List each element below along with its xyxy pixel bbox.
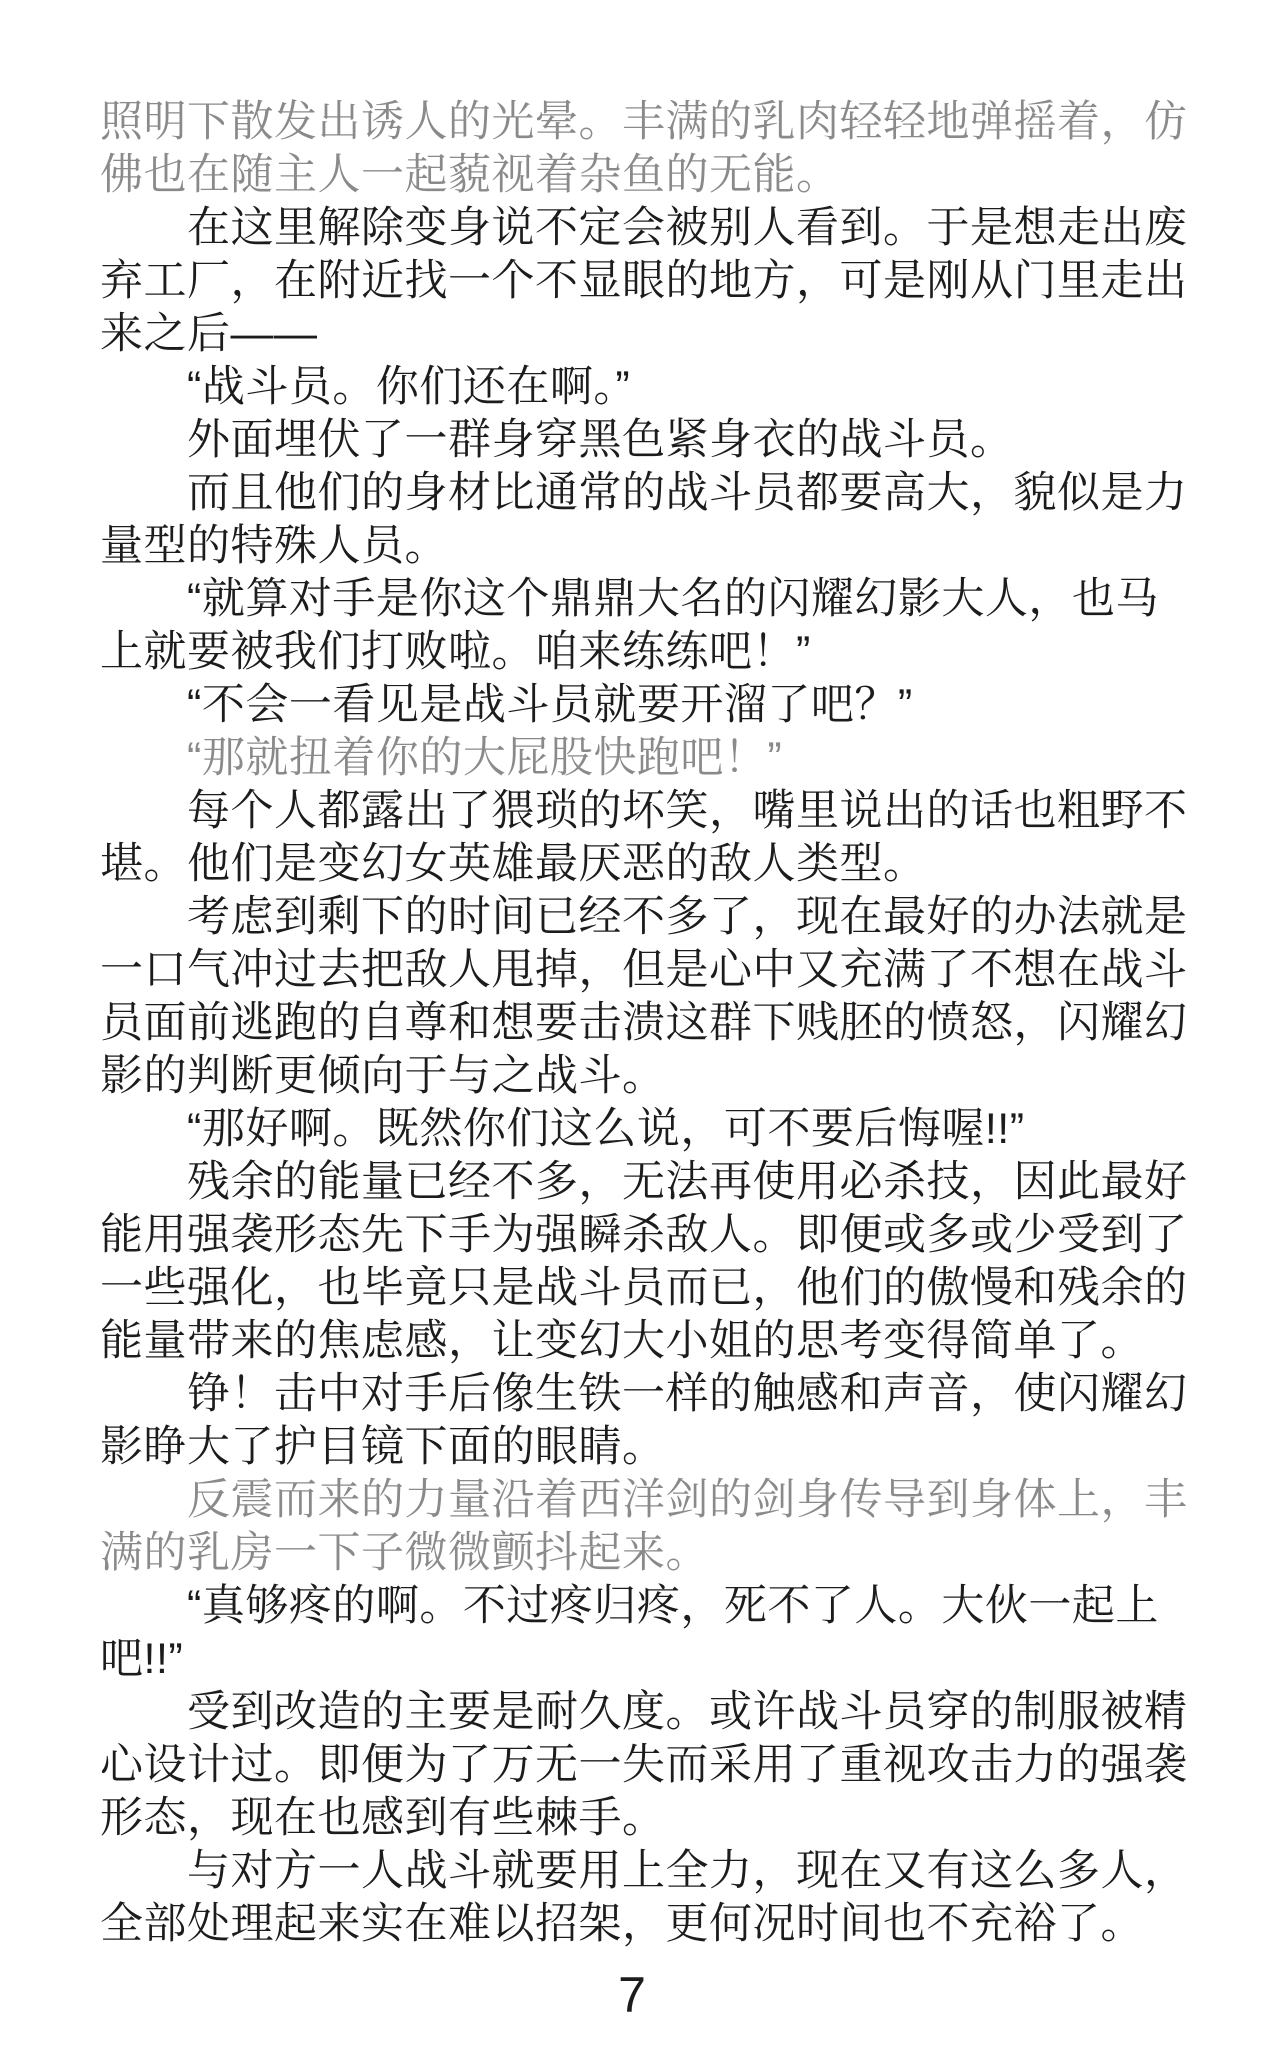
text-line: 员面前逃跑的自尊和想要击溃这群下贱胚的愤怒，闪耀幻 [100, 997, 1198, 1050]
text-line: 弃工厂，在附近找一个不显眼的地方，可是刚从门里走出 [100, 255, 1198, 308]
text-line: 反震而来的力量沿着西洋剑的剑身传导到身体上，丰 [100, 1474, 1198, 1527]
text-line: “那就扭着你的大屁股快跑吧！” [100, 732, 1198, 785]
text-line: 与对方一人战斗就要用上全力，现在又有这么多人， [100, 1845, 1198, 1898]
text-line: 外面埋伏了一群身穿黑色紧身衣的战斗员。 [100, 414, 1198, 467]
text-line: 铮！击中对手后像生铁一样的触感和声音，使闪耀幻 [100, 1368, 1198, 1421]
text-line: 上就要被我们打败啦。咱来练练吧！” [100, 626, 1198, 679]
text-line: 一些强化，也毕竟只是战斗员而已，他们的傲慢和残余的 [100, 1262, 1198, 1315]
text-line: 能量带来的焦虑感，让变幻大小姐的思考变得简单了。 [100, 1315, 1198, 1368]
text-line: 影睁大了护目镜下面的眼睛。 [100, 1421, 1198, 1474]
text-line: 佛也在随主人一起藐视着杂鱼的无能。 [100, 149, 1198, 202]
text-line: 形态，现在也感到有些棘手。 [100, 1792, 1198, 1845]
text-line: 心设计过。即便为了万无一失而采用了重视攻击力的强袭 [100, 1739, 1198, 1792]
text-line: 量型的特殊人员。 [100, 520, 1198, 573]
text-line: 而且他们的身材比通常的战斗员都要高大，貌似是力 [100, 467, 1198, 520]
text-line: 吧!!” [100, 1633, 1198, 1686]
text-line: “真够疼的啊。不过疼归疼，死不了人。大伙一起上 [100, 1580, 1198, 1633]
text-line: 残余的能量已经不多，无法再使用必杀技，因此最好 [100, 1156, 1198, 1209]
text-line: “战斗员。你们还在啊。” [100, 361, 1198, 414]
text-line: “不会一看见是战斗员就要开溜了吧？” [100, 679, 1198, 732]
text-line: “那好啊。既然你们这么说，可不要后悔喔!!” [100, 1103, 1198, 1156]
body-text: 照明下散发出诱人的光晕。丰满的乳肉轻轻地弹摇着，仿佛也在随主人一起藐视着杂鱼的无… [0, 0, 1264, 1951]
text-line: 影的判断更倾向于与之战斗。 [100, 1050, 1198, 1103]
text-line: 满的乳房一下子微微颤抖起来。 [100, 1527, 1198, 1580]
text-line: 来之后—— [100, 308, 1198, 361]
text-line: 每个人都露出了猥琐的坏笑，嘴里说出的话也粗野不 [100, 785, 1198, 838]
text-line: “就算对手是你这个鼎鼎大名的闪耀幻影大人，也马 [100, 573, 1198, 626]
ebook-page: 照明下散发出诱人的光晕。丰满的乳肉轻轻地弹摇着，仿佛也在随主人一起藐视着杂鱼的无… [0, 0, 1264, 2067]
text-line: 一口气冲过去把敌人甩掉，但是心中又充满了不想在战斗 [100, 944, 1198, 997]
text-line: 照明下散发出诱人的光晕。丰满的乳肉轻轻地弹摇着，仿 [100, 96, 1198, 149]
text-line: 能用强袭形态先下手为强瞬杀敌人。即便或多或少受到了 [100, 1209, 1198, 1262]
page-number: 7 [0, 1969, 1264, 2021]
text-line: 受到改造的主要是耐久度。或许战斗员穿的制服被精 [100, 1686, 1198, 1739]
text-line: 考虑到剩下的时间已经不多了，现在最好的办法就是 [100, 891, 1198, 944]
text-line: 在这里解除变身说不定会被别人看到。于是想走出废 [100, 202, 1198, 255]
text-line: 全部处理起来实在难以招架，更何况时间也不充裕了。 [100, 1898, 1198, 1951]
text-line: 堪。他们是变幻女英雄最厌恶的敌人类型。 [100, 838, 1198, 891]
